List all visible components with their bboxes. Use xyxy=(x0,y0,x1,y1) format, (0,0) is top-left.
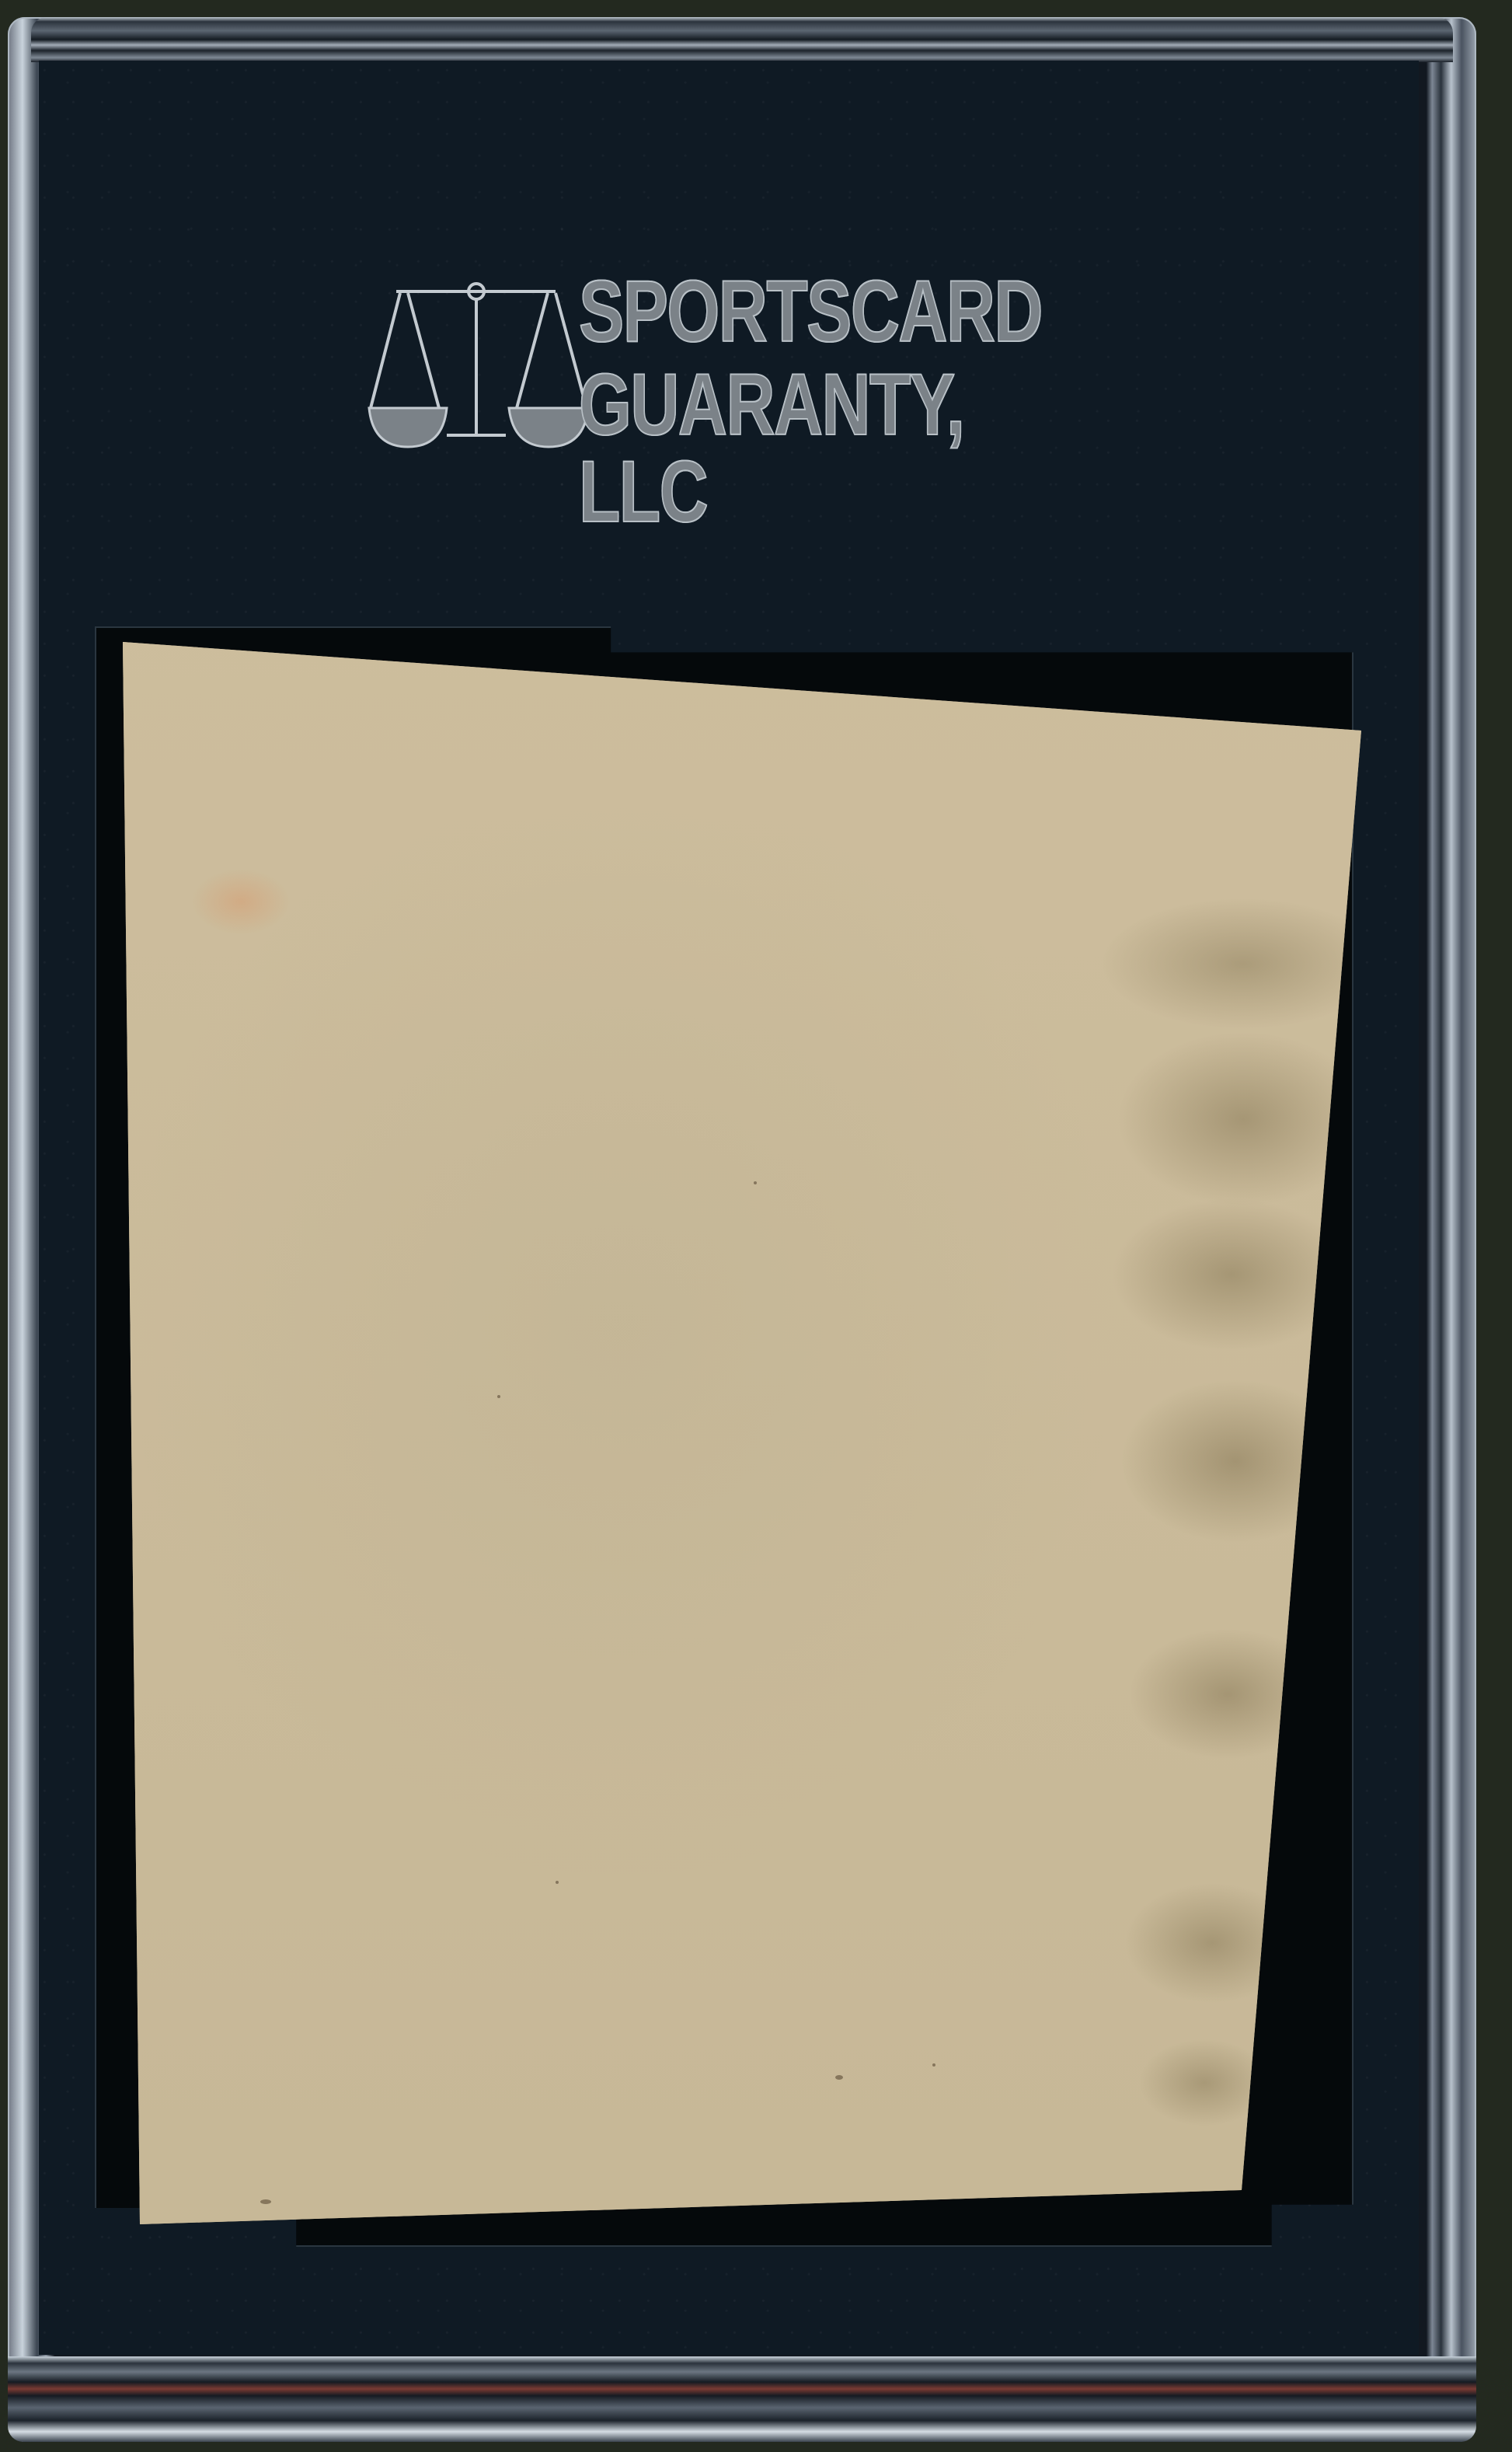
card-fleck xyxy=(835,2075,843,2080)
scales-of-justice-icon xyxy=(361,260,594,455)
logo-line-sportscard: SPORTSCARD xyxy=(579,268,1042,355)
card-fleck xyxy=(260,2199,271,2204)
holder-top-rail xyxy=(31,17,1453,62)
logo-line-guaranty: GUARANTY, LLC xyxy=(579,361,1042,535)
sgc-wordmark: SPORTSCARD GUARANTY, LLC xyxy=(579,268,1042,535)
card-fleck xyxy=(497,1395,500,1398)
card-fleck xyxy=(556,1881,559,1884)
card-fleck xyxy=(932,2063,935,2067)
sgc-logo: SPORTSCARD GUARANTY, LLC xyxy=(361,260,1131,462)
holder-bottom-rail xyxy=(8,2356,1476,2442)
card-fleck xyxy=(754,1181,757,1184)
